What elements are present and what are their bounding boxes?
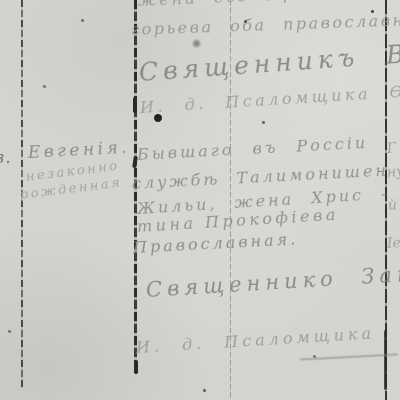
column-rule-left (21, 0, 23, 388)
column-rule-name-divider (134, 0, 137, 372)
record-body-line5: Православная. (133, 229, 299, 257)
signature-flourish-stroke (300, 353, 398, 360)
record-body-line2: службѣ Талимонишен (132, 161, 390, 193)
handwritten-line-faith: горьева оба православны (131, 10, 400, 39)
ink-blot (384, 330, 387, 390)
ink-dot (154, 114, 162, 122)
margin-fragment: Іе (386, 235, 400, 252)
psalmist-signature: И. д. Псаломщика Ѳ (139, 82, 400, 117)
scan-speck (262, 121, 265, 124)
scan-speck (43, 85, 46, 88)
record-body-line3: Жильи, жена Хрис - (136, 184, 390, 218)
ink-smudge (193, 40, 200, 47)
child-name: Евгенія. (27, 138, 130, 163)
scan-speck (371, 10, 374, 13)
margin-fragment: Г (386, 140, 396, 157)
priest-signature: Священнико Зако (145, 261, 400, 302)
priest-signature: Священникъ Ва (138, 38, 400, 87)
margin-fragment: й (387, 197, 397, 214)
illegitimate-note-line1: незаконно (25, 159, 120, 185)
handwritten-line-mother: жена его Ирина Гри (138, 0, 392, 10)
column-rule-middle-faint (230, 0, 231, 400)
scan-speck (244, 20, 247, 23)
ink-blot (133, 97, 137, 113)
ink-blot (132, 156, 138, 168)
scan-speck (203, 389, 206, 392)
record-body-line1: Бывшаго въ Россіи (137, 133, 369, 164)
illegitimate-note-line2: рожденная (19, 176, 123, 203)
paper-grain-texture (0, 0, 400, 400)
scan-speck (313, 355, 316, 358)
scan-speck (8, 330, 11, 333)
entry-number: з. (0, 148, 12, 168)
column-rule-right (385, 0, 387, 400)
psalmist-signature: И. д. Псаломщика (135, 323, 375, 357)
ink-blot (134, 360, 138, 374)
margin-fragment: ну (386, 164, 400, 181)
record-body-line4: тина Прокофіева (136, 205, 339, 236)
scan-speck (81, 19, 84, 22)
scanned-register-page: жена его Ирина Гри горьева оба православ… (0, 0, 400, 400)
